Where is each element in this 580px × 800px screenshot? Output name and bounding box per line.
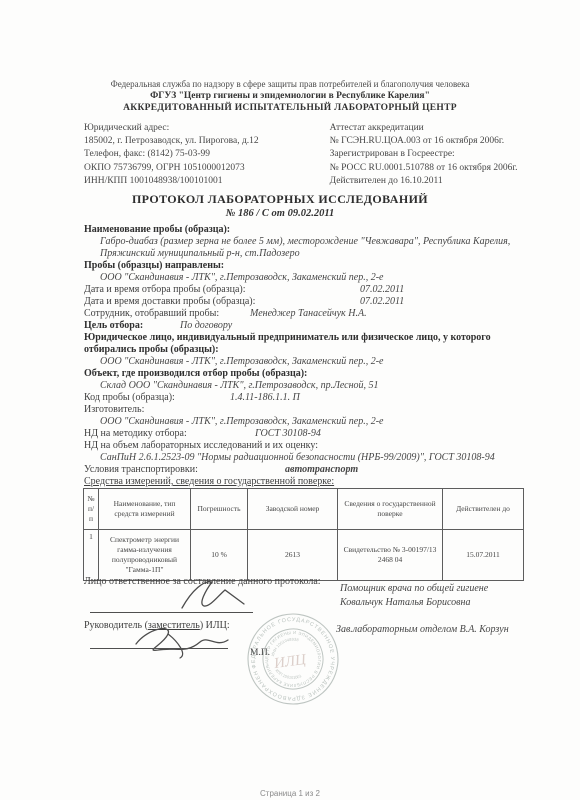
table-cell: Спектрометр энергии гамма-излучения полу… [99,530,191,581]
header-lab-line: АККРЕДИТОВАННЫЙ ИСПЫТАТЕЛЬНЫЙ ЛАБОРАТОРН… [0,102,580,114]
body-line: Склад ООО "Скандинавия - ЛТК", г.Петроза… [84,380,546,392]
body-line: Дата и время доставки пробы (образца):07… [84,296,546,308]
protocol-title-block: ПРОТОКОЛ ЛАБОРАТОРНЫХ ИССЛЕДОВАНИЙ № 186… [0,192,560,219]
field-label: НД на методику отбора: [84,428,187,439]
field-value: 07.02.2011 [360,296,404,308]
table-cell: 15.07.2011 [443,530,524,581]
responsible-signature [178,578,258,612]
measurements-table-wrap: № п/пНаименование, тип средств измерений… [83,488,524,581]
registry-label: Зарегистрирован в Госреестре: [330,148,560,161]
body-line: Объект, где производился отбор пробы (об… [84,368,546,380]
address-line: 185002, г. Петрозаводск, ул. Пирогова, д… [84,135,330,148]
body-line: Цель отбора:По договору [84,320,546,332]
inn-line: ИНН/КПП 1001048938/100101001 [84,175,330,188]
field-value: автотранспорт [285,464,358,476]
responsible-title: Помощник врача по общей гигиене [340,582,560,596]
org-address-block: Юридический адрес: 185002, г. Петрозавод… [84,122,330,188]
field-label: Условия транспортировки: [84,464,198,475]
body-line: Пробы (образцы) направлены: [84,260,546,272]
body-line: НД на объем лабораторных исследований и … [84,440,546,452]
body-line: ООО "Скандинавия - ЛТК", г.Петрозаводск,… [84,416,546,428]
stamp-center-handwriting: ИЛЦ [272,652,308,673]
body-line: Условия транспортировки:автотранспорт [84,464,546,476]
protocol-title: ПРОТОКОЛ ЛАБОРАТОРНЫХ ИССЛЕДОВАНИЙ [0,192,560,207]
body-line: Юридическое лицо, индивидуальный предпри… [84,332,546,344]
table-body: 1Спектрометр энергии гамма-излучения пол… [84,530,524,581]
head-signature [128,624,233,660]
document-header: Федеральная служба по надзору в сфере за… [0,78,580,114]
header-agency-line: Федеральная служба по надзору в сфере за… [0,78,580,90]
measurements-table: № п/пНаименование, тип средств измерений… [83,488,524,581]
org-info-row: Юридический адрес: 185002, г. Петрозавод… [84,122,560,188]
field-label: Дата и время отбора пробы (образца): [84,284,246,295]
valid-until-line: Действителен до 16.10.2011 [330,175,560,188]
document-page: Федеральная служба по надзору в сфере за… [0,0,580,800]
body-line: Пряжинский муниципальный р-н, ст.Падозер… [84,248,546,260]
responsible-title-name: Помощник врача по общей гигиене Ковальчу… [340,582,560,610]
table-cell: 10 % [191,530,248,581]
header-org-line: ФГУЗ "Центр гигиены и эпидемиологии в Ре… [0,90,580,102]
field-value: 1.4.11-186.1.1. П [230,392,300,404]
table-header-cell: Наименование, тип средств измерений [99,489,191,530]
table-header-cell: Действителен до [443,489,524,530]
accreditation-number: № ГСЭН.RU.ЦОА.003 от 16 октября 2006г. [330,135,560,148]
field-value: По договору [180,320,232,332]
table-cell: 1 [84,530,99,581]
body-line: Дата и время отбора пробы (образца):07.0… [84,284,546,296]
page-number: Страница 1 из 2 [0,789,580,798]
field-value: 07.02.2011 [360,284,404,296]
body-line: ООО "Скандинавия - ЛТК", г.Петрозаводск,… [84,272,546,284]
table-cell: 2613 [248,530,338,581]
field-label: Дата и время доставки пробы (образца): [84,296,255,307]
body-line: Код пробы (образца):1.4.11-186.1.1. П [84,392,546,404]
protocol-number: № 186 / С от 09.02.2011 [0,208,560,219]
accreditation-block: Аттестат аккредитации № ГСЭН.RU.ЦОА.003 … [330,122,560,188]
table-row: 1Спектрометр энергии гамма-излучения пол… [84,530,524,581]
field-value: Менеджер Танасейчук Н.А. [250,308,367,320]
field-label: Сотрудник, отобравший пробы: [84,308,219,319]
table-header-cell: № п/п [84,489,99,530]
phone-line: Телефон, факс: (8142) 75-03-99 [84,148,330,161]
body-line: НД на методику отбора:ГОСТ 30108-94 [84,428,546,440]
signature-area: Лицо ответственное за составление данног… [0,576,580,776]
address-label: Юридический адрес: [84,122,330,135]
table-header-cell: Заводской номер [248,489,338,530]
body-lines: Наименование пробы (образца):Габро-диаба… [84,224,546,488]
head-name: Зав.лабораторным отделом В.А. Корзун [336,624,509,635]
body-line: СанПиН 2.6.1.2523-09 "Нормы радиационной… [84,452,546,464]
body-line: Изготовитель: [84,404,546,416]
okpo-line: ОКПО 75736799, ОГРН 1051000012073 [84,162,330,175]
body-line: Сотрудник, отобравший пробы:Менеджер Тан… [84,308,546,320]
body-line: отбирались пробы (образцы): [84,344,546,356]
table-header-cell: Сведения о государственной поверке [338,489,443,530]
field-value: ГОСТ 30108-94 [255,428,321,440]
body-line: Наименование пробы (образца): [84,224,546,236]
registry-number: № РОСС RU.0001.510788 от 16 октября 2006… [330,162,560,175]
accreditation-label: Аттестат аккредитации [330,122,560,135]
table-header-cell: Погрешность [191,489,248,530]
head-signature-line [90,648,228,649]
field-label: Цель отбора: [84,320,143,331]
body-line: ООО "Скандинавия - ЛТК", г.Петрозаводск,… [84,356,546,368]
responsible-name: Ковальчук Наталья Борисовна [340,596,560,610]
table-head: № п/пНаименование, тип средств измерений… [84,489,524,530]
table-cell: Свидетельство № 3-00197/13 2468 04 [338,530,443,581]
table-header-row: № п/пНаименование, тип средств измерений… [84,489,524,530]
body-line: Габро-диабаз (размер зерна не более 5 мм… [84,236,546,248]
body-line: Средства измерений, сведения о государст… [84,476,546,488]
official-stamp: ФЕДЕРАЛЬНОЕ ГОСУДАРСТВЕННОЕ УЧРЕЖДЕНИЕ З… [238,610,348,710]
responsible-signature-line [90,612,253,613]
field-label: Код пробы (образца): [84,392,175,403]
